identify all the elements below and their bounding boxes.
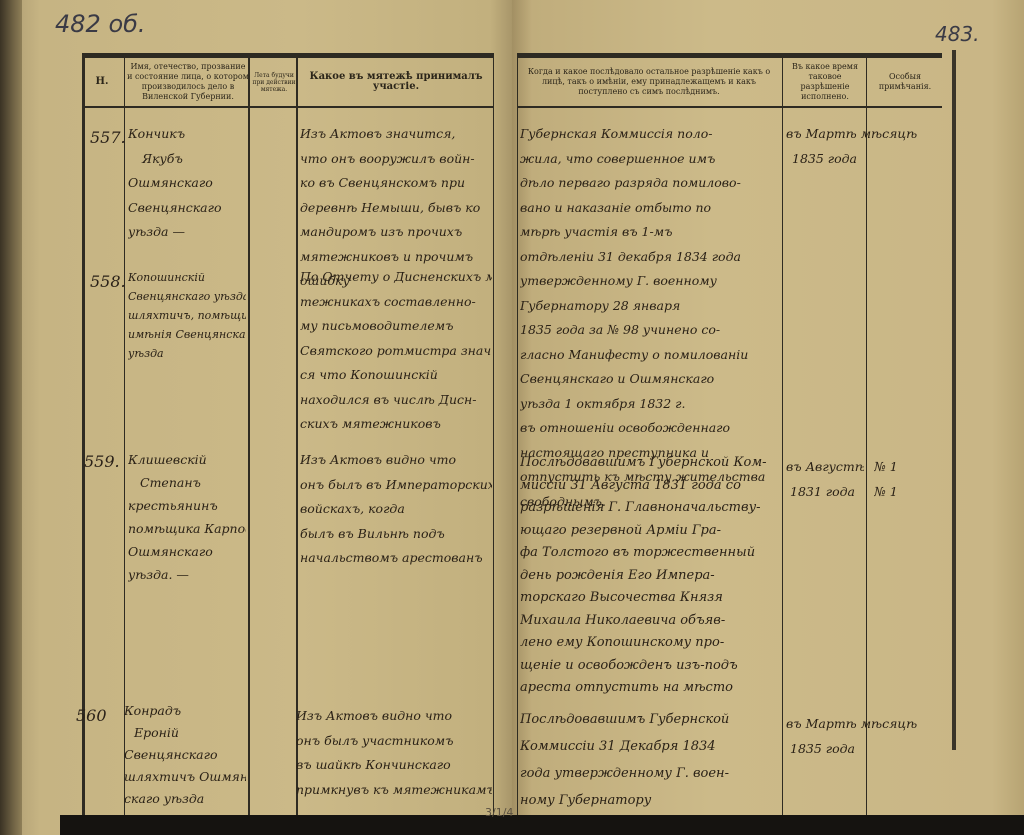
entry-participation: Изъ Актовъ видно чтоонъ былъ въ Императо… bbox=[300, 448, 492, 571]
entry-name: КопошинскійСвенцянскаго уѣздашляхтичъ, п… bbox=[128, 268, 246, 363]
left-folio-number: 482 об. bbox=[55, 10, 146, 38]
left-table-header: Н. Имя, отечество, прозвание и состояние… bbox=[82, 53, 494, 108]
rule bbox=[248, 55, 250, 815]
right-folio-number: 483. bbox=[935, 22, 980, 46]
entry-name: КонрадъЕронійСвенцянскагошляхтичъ Ошмян-… bbox=[124, 700, 246, 810]
entry-number: 558. bbox=[90, 272, 126, 291]
book-edge bbox=[0, 0, 22, 835]
entry-name: КончикъЯкубъОшмянскагоСвенцянскагоуѣзда … bbox=[128, 122, 246, 245]
entry-resolution: Послѣдовавшимъ ГубернскойКоммиссіи 31 Де… bbox=[520, 706, 780, 814]
header-resolution: Когда и какое послѣдовало остальное разр… bbox=[517, 58, 781, 106]
header-name: Имя, отечество, прозвание и состояние ли… bbox=[127, 58, 249, 106]
rule bbox=[296, 55, 298, 815]
rule bbox=[782, 55, 783, 815]
header-participation: Какое въ мятежѣ принималъ участіе. bbox=[298, 58, 494, 106]
right-table-header: Когда и какое послѣдовало остальное разр… bbox=[517, 53, 942, 108]
rule bbox=[952, 50, 956, 750]
background-shadow bbox=[60, 815, 1024, 835]
entry-notes: № 1№ 1 bbox=[874, 455, 948, 504]
header-notes: Особыя примѣчанія. bbox=[869, 58, 941, 106]
rule bbox=[517, 55, 518, 815]
entry-executed: въ Августѣ1831 года bbox=[786, 455, 864, 504]
header-number: Н. bbox=[82, 58, 122, 106]
archive-stamp: 3/1/4 bbox=[485, 806, 513, 819]
rule bbox=[82, 55, 85, 815]
entry-executed: въ Мартѣ мѣсяцѣ1835 года bbox=[786, 122, 951, 171]
entry-name: КлишевскійСтепанъкрестьянинъпомѣщика Кар… bbox=[128, 448, 246, 586]
entry-number: 560 bbox=[76, 706, 107, 725]
entry-number: 559. bbox=[84, 452, 120, 471]
header-executed: Въ какое время таковое разрѣшеніе исполн… bbox=[785, 58, 865, 106]
header-age: Лета будучи при действии мятежа. bbox=[252, 58, 296, 106]
entry-participation: Изъ Актовъ видно чтоонъ былъ участникомъ… bbox=[296, 704, 492, 802]
entry-resolution: Послѣдовавшимъ Губернской Ком-миссіи 31 … bbox=[520, 452, 780, 700]
rule bbox=[493, 55, 494, 815]
entry-number: 557. bbox=[90, 128, 126, 147]
entry-executed: въ Мартѣ мѣсяцѣ1835 года bbox=[786, 712, 951, 761]
entry-participation: По Отчету о Дисненскихъ мя-тежникахъ сос… bbox=[300, 265, 492, 437]
